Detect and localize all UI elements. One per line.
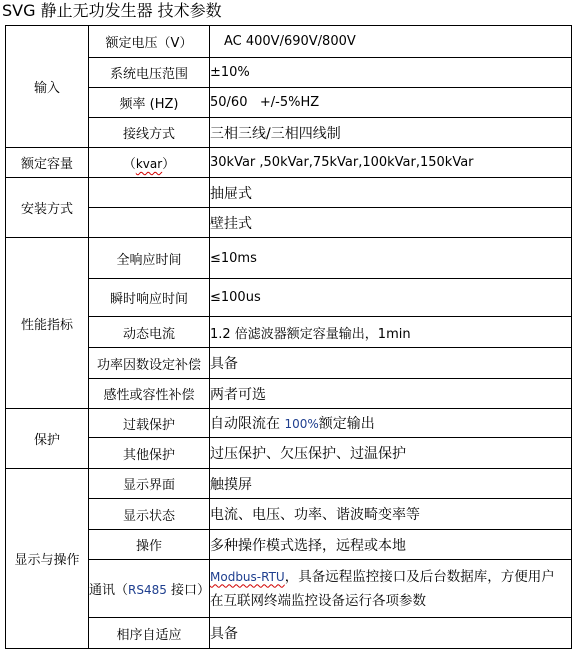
value-cell: 触摸屏 [210, 469, 572, 499]
value-cell: 50/60 +/-5%HZ [210, 88, 572, 118]
value-cell: 多种操作模式选择，远程或本地 [210, 530, 572, 560]
table-row: 显示与操作 显示界面 触摸屏 [6, 469, 572, 499]
param-cell: 频率 (HZ) [89, 88, 210, 118]
value-cell: Modbus-RTU，具备远程监控接口及后台数据库，方便用户在互联网终端监控设备… [210, 560, 572, 618]
protocol-word: Modbus-RTU [210, 570, 285, 584]
table-row: 功率因数设定补偿 具备 [6, 348, 572, 379]
value-cell: 1.2 倍滤波器额定容量输出，1min [210, 317, 572, 348]
value-cell: 具备 [210, 348, 572, 379]
param-cell: 系统电压范围 [89, 58, 210, 88]
param-unit-word: kvar [136, 157, 162, 171]
param-cell: 瞬时响应时间 [89, 279, 210, 317]
param-cell: 操作 [89, 530, 210, 560]
spec-table: 输入 额定电压（V） AC 400V/690V/800V 系统电压范围 ±10%… [5, 25, 572, 649]
value-cell: 三相三线/三相四线制 [210, 118, 572, 148]
table-row: 通讯（RS485 接口） Modbus-RTU，具备远程监控接口及后台数据库，方… [6, 560, 572, 618]
param-suffix: 接口） [167, 583, 210, 598]
category-cell: 性能指标 [6, 238, 89, 409]
table-row: 壁挂式 [6, 208, 572, 238]
table-row: 输入 额定电压（V） AC 400V/690V/800V [6, 26, 572, 58]
category-cell: 安装方式 [6, 178, 89, 238]
table-row: 瞬时响应时间 ≤100us [6, 279, 572, 317]
value-cell: 壁挂式 [210, 208, 572, 238]
table-row: 动态电流 1.2 倍滤波器额定容量输出，1min [6, 317, 572, 348]
value-cell: 自动限流在 100%额定输出 [210, 409, 572, 438]
value-suffix: 额定输出 [319, 416, 375, 432]
param-cell: 额定电压（V） [89, 26, 210, 58]
table-row: 显示状态 电流、电压、功率、谐波畸变率等 [6, 499, 572, 530]
table-row: 感性或容性补偿 两者可选 [6, 379, 572, 409]
param-suffix: ） [162, 157, 175, 172]
param-cell [89, 208, 210, 238]
value-cell: ≤10ms [210, 238, 572, 279]
value-cell: 过压保护、欠压保护、过温保护 [210, 438, 572, 469]
category-cell: 输入 [6, 26, 89, 148]
table-row: 保护 过载保护 自动限流在 100%额定输出 [6, 409, 572, 438]
param-cell: 其他保护 [89, 438, 210, 469]
table-row: 操作 多种操作模式选择，远程或本地 [6, 530, 572, 560]
param-cell: 接线方式 [89, 118, 210, 148]
param-cell: 动态电流 [89, 317, 210, 348]
table-row: 频率 (HZ) 50/60 +/-5%HZ [6, 88, 572, 118]
param-cell: （kvar） [89, 148, 210, 178]
table-row: 性能指标 全响应时间 ≤10ms [6, 238, 572, 279]
param-cell: 通讯（RS485 接口） [89, 560, 210, 618]
value-cell: 30kVar ,50kVar,75kVar,100kVar,150kVar [210, 148, 572, 178]
param-cell: 功率因数设定补偿 [89, 348, 210, 379]
table-row: 接线方式 三相三线/三相四线制 [6, 118, 572, 148]
value-cell: AC 400V/690V/800V [210, 26, 572, 58]
param-prefix: 通讯（ [89, 583, 128, 598]
table-row: 系统电压范围 ±10% [6, 58, 572, 88]
category-cell: 显示与操作 [6, 469, 89, 649]
table-row: 安装方式 抽屉式 [6, 178, 572, 208]
table-row: 其他保护 过压保护、欠压保护、过温保护 [6, 438, 572, 469]
param-code: RS485 [128, 583, 167, 597]
param-cell: 显示状态 [89, 499, 210, 530]
param-prefix: （ [123, 157, 136, 172]
value-cell: 抽屉式 [210, 178, 572, 208]
category-cell: 额定容量 [6, 148, 89, 178]
param-cell: 显示界面 [89, 469, 210, 499]
table-row: 额定容量 （kvar） 30kVar ,50kVar,75kVar,100kVa… [6, 148, 572, 178]
value-cell: ≤100us [210, 279, 572, 317]
category-cell: 保护 [6, 409, 89, 469]
param-cell: 过载保护 [89, 409, 210, 438]
value-cell: 电流、电压、功率、谐波畸变率等 [210, 499, 572, 530]
param-cell: 相序自适应 [89, 618, 210, 649]
value-cell: ±10% [210, 58, 572, 88]
param-cell: 全响应时间 [89, 238, 210, 279]
param-cell: 感性或容性补偿 [89, 379, 210, 409]
table-row: 相序自适应 具备 [6, 618, 572, 649]
value-prefix: 自动限流在 [210, 416, 284, 432]
page-title: SVG 静止无功发生器 技术参数 [2, 0, 222, 22]
value-cell: 两者可选 [210, 379, 572, 409]
value-number: 100% [284, 417, 318, 431]
param-cell [89, 178, 210, 208]
value-cell: 具备 [210, 618, 572, 649]
